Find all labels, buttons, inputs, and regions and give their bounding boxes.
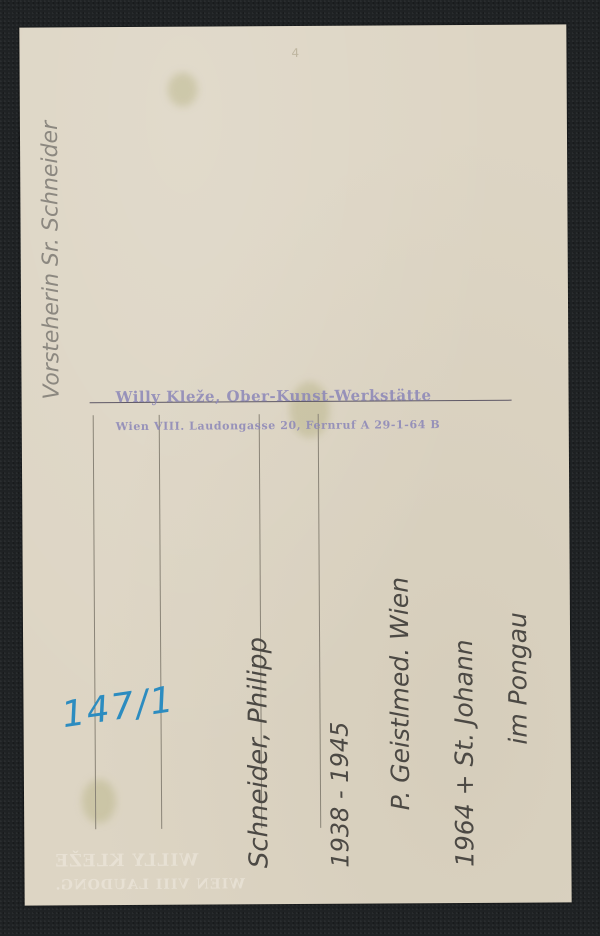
- vertical-rule-2: [159, 415, 163, 829]
- death-entry: 1964 + St. Johann: [449, 639, 479, 867]
- stain-bottom-left: [82, 779, 116, 823]
- stamp-line-2: Wien VIII. Laudongasse 20, Fernruf A 29-…: [116, 418, 441, 433]
- mirrored-print-line-2: WIEN VIII LAUDONG.: [55, 876, 245, 893]
- occupation-entry: P. Geistlmed. Wien: [385, 577, 415, 811]
- death-place-entry: im Pongau: [503, 612, 533, 745]
- corner-mark: 4: [291, 46, 299, 60]
- vertical-rule-4: [318, 414, 322, 828]
- years-entry: 1938 - 1945: [326, 722, 355, 868]
- mirrored-print-line-1: WILLY KLEŽE: [54, 851, 198, 872]
- margin-note: Vorsteherin Sr. Schneider: [38, 121, 65, 400]
- name-entry: Schneider, Philipp: [243, 637, 274, 868]
- postcard-back: 4 Willy Kleže, Ober-Kunst-Werkstätte Wie…: [19, 24, 571, 905]
- stamp-line-1: Willy Kleže, Ober-Kunst-Werkstätte: [116, 386, 432, 406]
- vertical-rule-1: [93, 415, 97, 829]
- stain-top: [168, 73, 198, 107]
